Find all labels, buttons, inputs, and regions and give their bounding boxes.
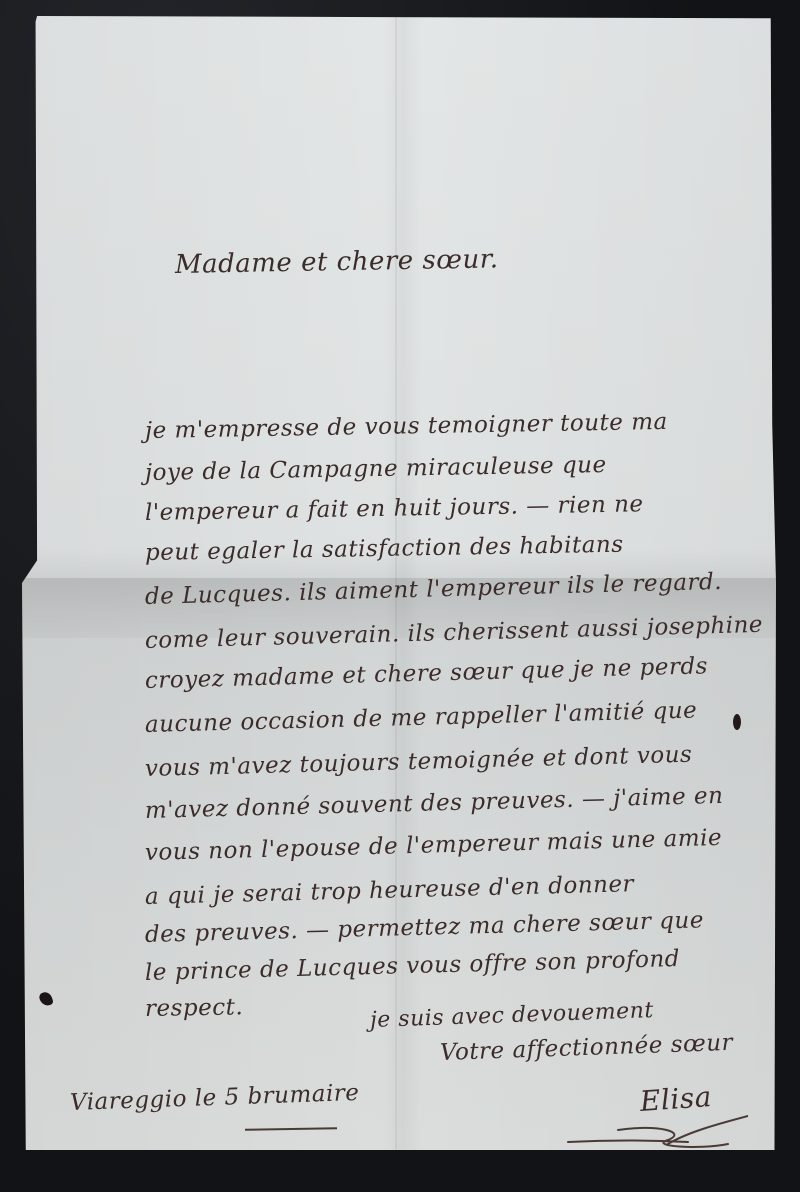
body-line: respect. bbox=[145, 994, 244, 1022]
ink-blot bbox=[733, 714, 741, 730]
salutation: Madame et chere sœur. bbox=[175, 244, 499, 280]
signature-flourish-icon bbox=[548, 1110, 748, 1160]
